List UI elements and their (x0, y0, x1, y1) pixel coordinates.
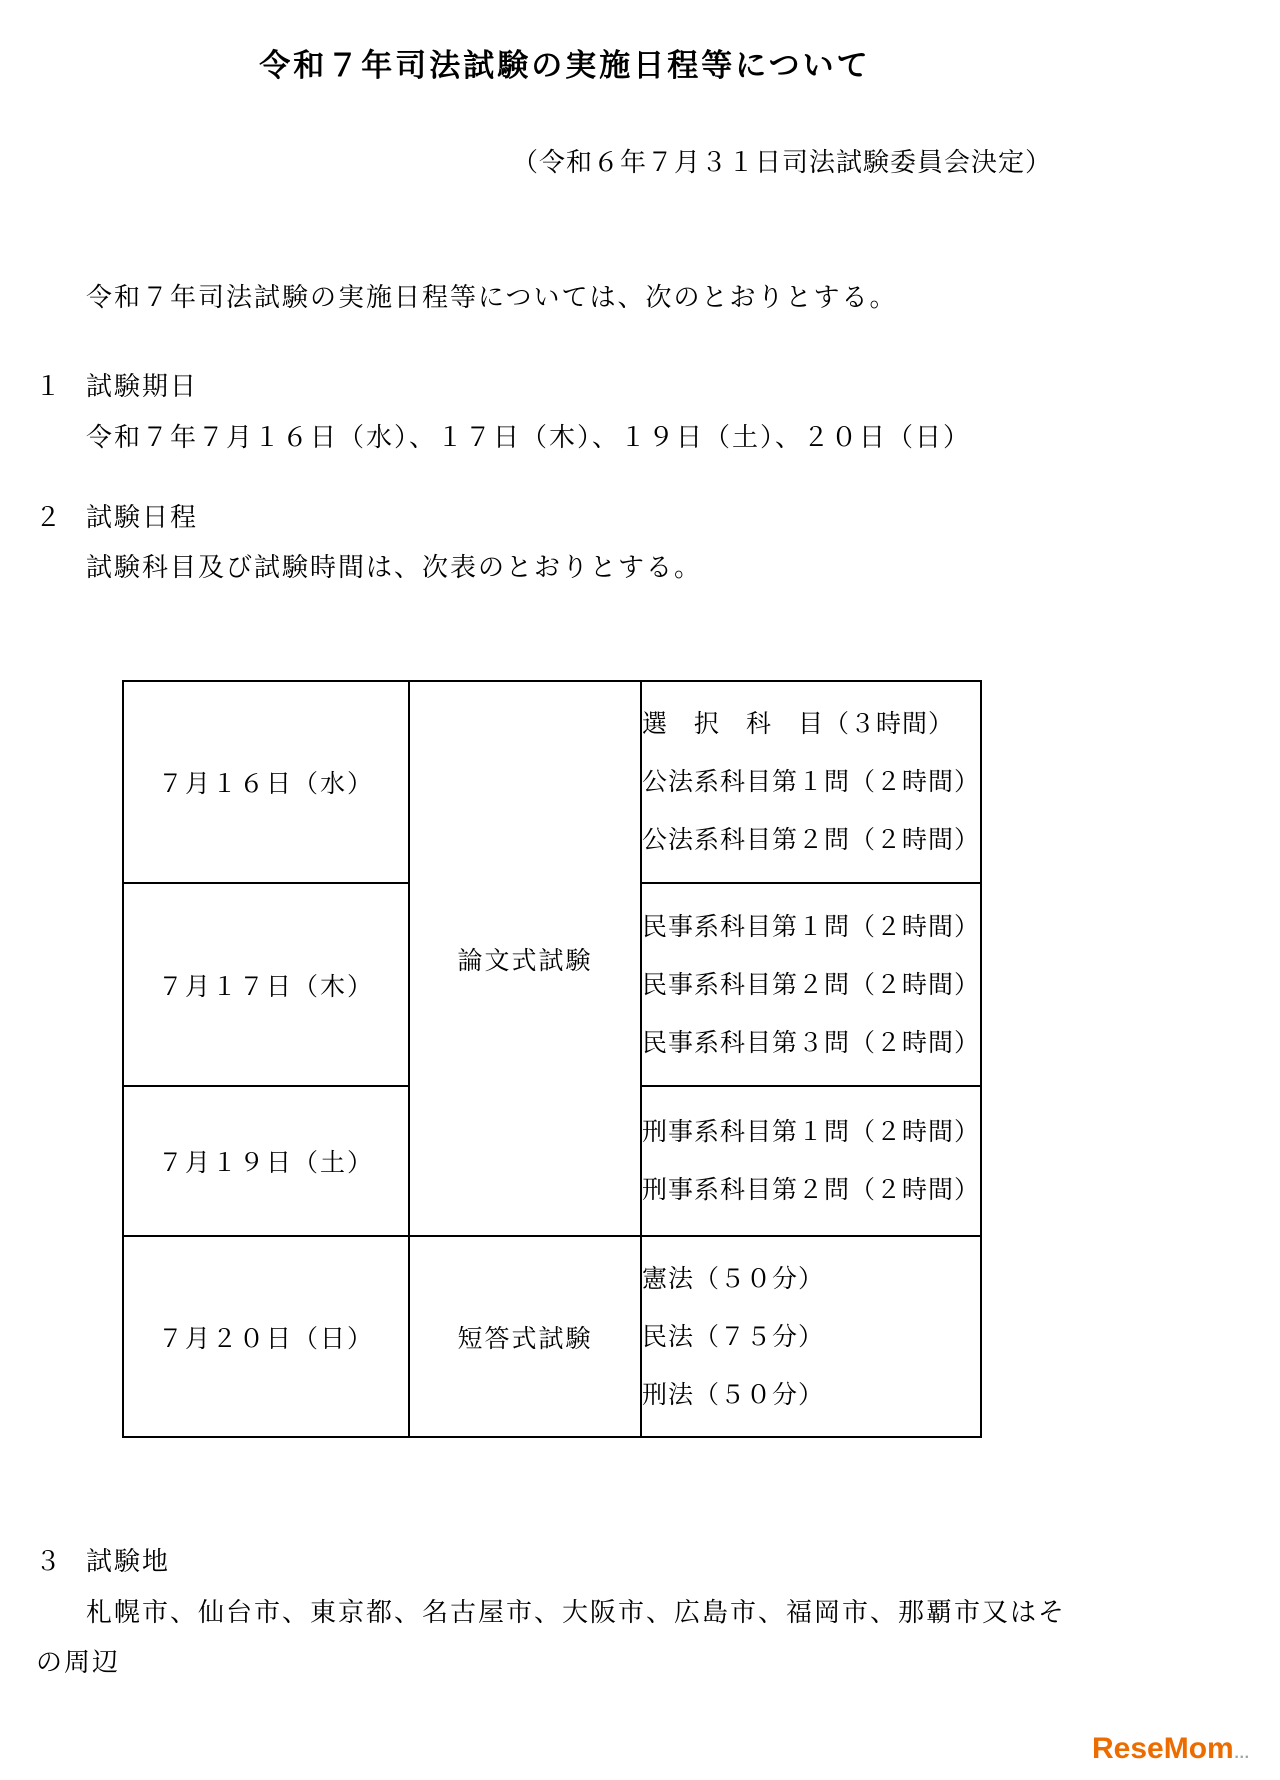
subject-line: 民事系科目第３問（２時間） (642, 1014, 980, 1072)
watermark-dots: … (1234, 1745, 1251, 1762)
subjects-cell: 選 択 科 目（３時間） 公法系科目第１問（２時間） 公法系科目第２問（２時間） (641, 681, 981, 883)
subject-line: 公法系科目第１問（２時間） (642, 753, 980, 811)
section-3-heading: ３試験地 (35, 1541, 170, 1578)
exam-type-cell: 論文式試験 (409, 681, 641, 1236)
section-1-body: 令和７年７月１６日（水）、１７日（木）、１９日（土）、２０日（日） (86, 417, 971, 454)
subject-line: 公法系科目第２問（２時間） (642, 811, 980, 869)
section-2-number: ２ (35, 497, 86, 534)
subject-line: 選 択 科 目（３時間） (642, 695, 980, 753)
intro-paragraph: 令和７年司法試験の実施日程等については、次のとおりとする。 (58, 277, 897, 314)
table-row: ７月１６日（水） 論文式試験 選 択 科 目（３時間） 公法系科目第１問（２時間… (123, 681, 981, 883)
subjects-cell: 刑事系科目第１問（２時間） 刑事系科目第２問（２時間） (641, 1086, 981, 1236)
resemom-watermark-logo: ReseMom… (1092, 1732, 1251, 1766)
exam-schedule-table: ７月１６日（水） 論文式試験 選 択 科 目（３時間） 公法系科目第１問（２時間… (122, 680, 982, 1438)
exam-type-cell: 短答式試験 (409, 1236, 641, 1437)
table-row: ７月２０日（日） 短答式試験 憲法（５０分） 民法（７５分） 刑法（５０分） (123, 1236, 981, 1437)
subject-line: 民法（７５分） (642, 1308, 980, 1366)
date-cell: ７月２０日（日） (123, 1236, 409, 1437)
section-2-body: 試験科目及び試験時間は、次表のとおりとする。 (86, 547, 702, 584)
section-1-number: １ (35, 366, 86, 403)
subject-line: 刑法（５０分） (642, 1366, 980, 1424)
date-cell: ７月１９日（土） (123, 1086, 409, 1236)
document-page: 令和７年司法試験の実施日程等について （令和６年７月３１日司法試験委員会決定） … (0, 0, 1280, 1780)
decision-note: （令和６年７月３１日司法試験委員会決定） (512, 142, 1052, 179)
section-1-title: 試験期日 (86, 371, 198, 401)
page-title: 令和７年司法試験の実施日程等について (0, 40, 1130, 85)
date-cell: ７月１７日（木） (123, 883, 409, 1086)
subject-line: 刑事系科目第２問（２時間） (642, 1161, 980, 1219)
section-1-heading: １試験期日 (35, 366, 198, 403)
section-2-title: 試験日程 (86, 502, 198, 532)
watermark-text: ReseMom (1092, 1732, 1234, 1765)
date-cell: ７月１６日（水） (123, 681, 409, 883)
section-3-body-line2: の周辺 (36, 1642, 120, 1679)
subjects-cell: 憲法（５０分） 民法（７５分） 刑法（５０分） (641, 1236, 981, 1437)
subject-line: 刑事系科目第１問（２時間） (642, 1103, 980, 1161)
subject-line: 憲法（５０分） (642, 1250, 980, 1308)
section-3-body-line1: 札幌市、仙台市、東京都、名古屋市、大阪市、広島市、福岡市、那覇市又はそ (86, 1592, 1066, 1629)
subjects-cell: 民事系科目第１問（２時間） 民事系科目第２問（２時間） 民事系科目第３問（２時間… (641, 883, 981, 1086)
section-3-number: ３ (35, 1541, 86, 1578)
section-2-heading: ２試験日程 (35, 497, 198, 534)
section-3-title: 試験地 (86, 1546, 170, 1576)
subject-line: 民事系科目第２問（２時間） (642, 956, 980, 1014)
subject-line: 民事系科目第１問（２時間） (642, 898, 980, 956)
